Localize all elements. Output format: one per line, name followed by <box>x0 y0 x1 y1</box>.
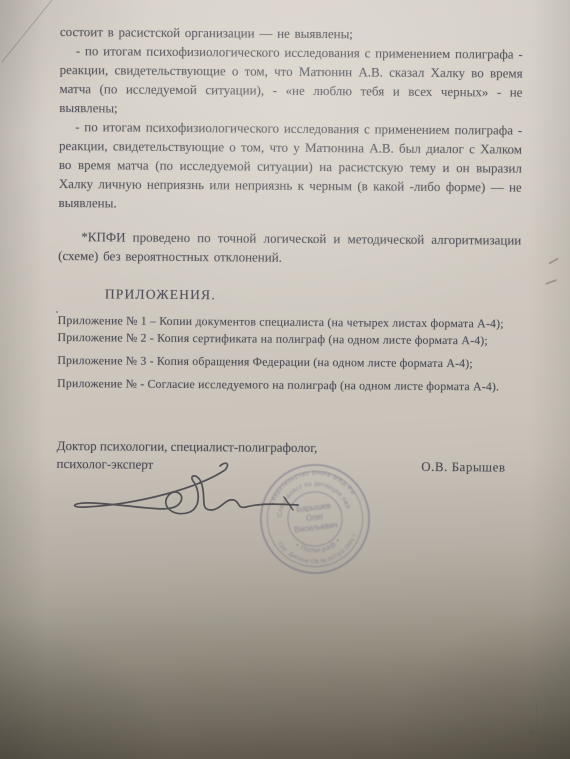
pen-mark-dash-2 <box>545 279 557 285</box>
signatory-name: О.В. Барышев <box>421 457 505 477</box>
attachment-item-1: Приложение № 1 – Копии документов специа… <box>58 313 521 332</box>
paragraph-finding-2: - по итогам психофизиологического исслед… <box>59 117 523 216</box>
photographed-page: состоит в расистской организации — не вы… <box>0 0 570 759</box>
paragraph-finding-1: - по итогам психофизиологического исслед… <box>59 41 523 121</box>
pen-mark-dash-1 <box>548 258 558 264</box>
attachments-list: Приложение № 1 – Копии документов специа… <box>57 313 521 395</box>
handwritten-signature <box>48 452 318 542</box>
document-page: состоит в расистской организации — не вы… <box>56 22 523 477</box>
paragraph-kpfi-note: *КПФИ проведено по точной логической и м… <box>58 227 521 269</box>
attachment-item-4: Приложение № - Согласие исследуемого на … <box>57 376 520 395</box>
page-number-mark: ? <box>529 727 534 742</box>
document-photo: { "colors": { "ink": "#4b4b54", "paper":… <box>0 0 570 759</box>
paper-scratch <box>536 702 537 734</box>
attachments-heading: ПРИЛОЖЕНИЯ. <box>58 284 521 307</box>
attachment-item-2: Приложение № 2 - Копия сертификата на по… <box>57 330 520 349</box>
attachment-item-3: Приложение № 3 - Копия обращения Федерац… <box>57 353 520 372</box>
paper-crease-line <box>0 0 80 80</box>
ink-speck <box>56 311 58 313</box>
